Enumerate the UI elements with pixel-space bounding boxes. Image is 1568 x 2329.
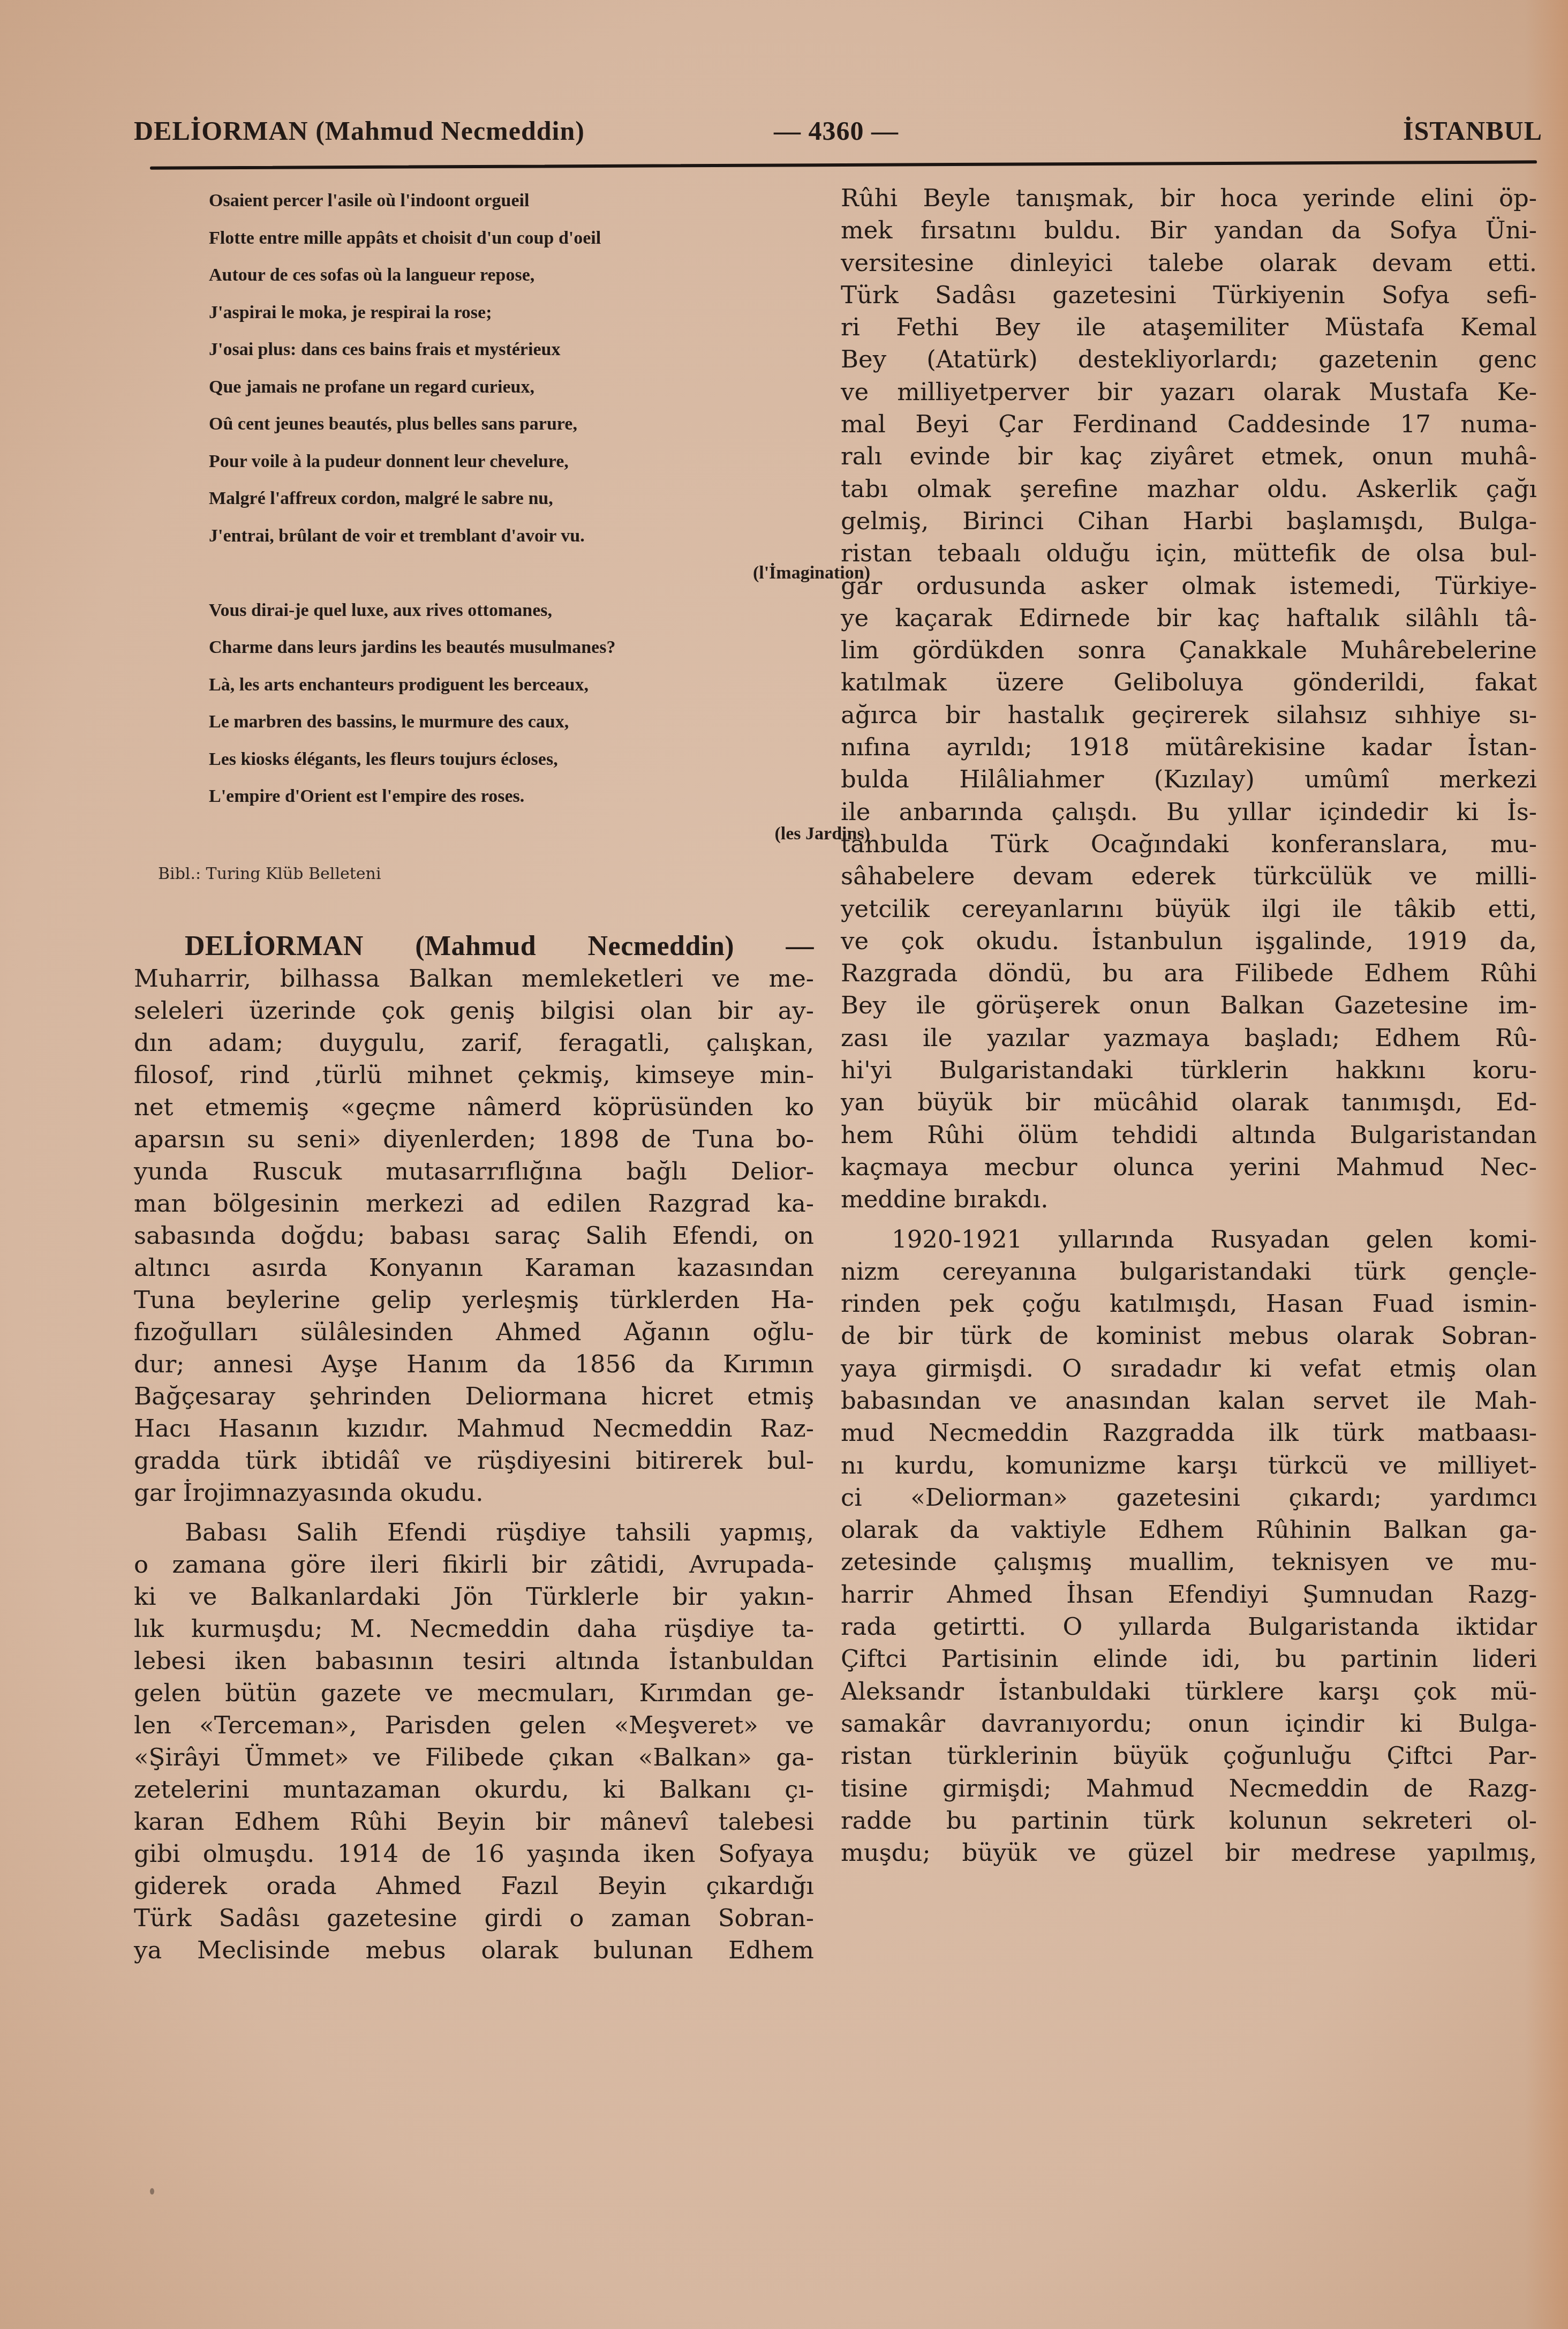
text-line: rinden pek çoğu katılmışdı, Hasan Fuad i… bbox=[841, 1288, 1537, 1320]
entry-paragraph: DELİORMAN (Mahmud Necmeddin) — Muharrir,… bbox=[134, 930, 814, 1509]
text-line: dur; annesi Ayşe Hanım da 1856 da Kırımı… bbox=[134, 1348, 814, 1380]
text-line: de bir türk de kominist mebus olarak Sob… bbox=[841, 1320, 1537, 1352]
poem-line: Charme dans leurs jardins les beautés mu… bbox=[209, 629, 814, 666]
text-line: gelmiş, Birinci Cihan Harbi başlamışdı, … bbox=[841, 505, 1537, 537]
poem-line: J'osai plus: dans ces bains frais et mys… bbox=[209, 331, 814, 369]
text-line: zetesinde çalışmış muallim, teknisyen ve… bbox=[841, 1546, 1537, 1578]
text-line: sâhabelere devam ederek türkcülük ve mil… bbox=[841, 860, 1537, 892]
text-line: bulda Hilâliahmer (Kızılay) umûmî merkez… bbox=[841, 763, 1537, 795]
text-line: o zamana göre ileri fikirli bir zâtidi, … bbox=[134, 1549, 814, 1581]
poem-line: Le marbren des bassins, le murmure des c… bbox=[209, 703, 814, 741]
text-line: tisine girmişdi; Mahmud Necmeddin de Raz… bbox=[841, 1772, 1537, 1805]
text-line: babasından ve anasından kalan servet ile… bbox=[841, 1385, 1537, 1417]
poem-line: Flotte entre mille appâts et choisit d'u… bbox=[209, 220, 814, 257]
text-line: lebesi iken babasının tesiri altında İst… bbox=[134, 1645, 814, 1677]
text-line: len «Terceman», Parisden gelen «Meşveret… bbox=[134, 1709, 814, 1741]
text-line: yaya girmişdi. O sıradadır ki vefat etmi… bbox=[841, 1353, 1537, 1385]
text-line: hi'yi Bulgaristandaki türklerin hakkını … bbox=[841, 1054, 1537, 1086]
text-line: mud Necmeddin Razgradda ilk türk matbaas… bbox=[841, 1417, 1537, 1449]
running-header: DELİORMAN (Mahmud Necmeddin) — 4360 — İS… bbox=[134, 115, 1542, 153]
text-line: yunda Ruscuk mutasarrıflığına bağlı Deli… bbox=[134, 1155, 814, 1188]
text-line: 1920-1921 yıllarında Rusyadan gelen komi… bbox=[841, 1223, 1537, 1256]
text-line: Aleksandr İstanbuldaki türklere karşı ço… bbox=[841, 1676, 1537, 1708]
poem-line: Pour voile à la pudeur donnent leur chev… bbox=[209, 443, 814, 480]
entry-paragraph: 1920-1921 yıllarında Rusyadan gelen komi… bbox=[841, 1223, 1537, 1869]
text-line: hem Rûhi ölüm tehdidi altında Bulgarista… bbox=[841, 1119, 1537, 1151]
paper-speck bbox=[150, 2188, 154, 2195]
header-entry-title: DELİORMAN (Mahmud Necmeddin) bbox=[134, 115, 585, 146]
poem-stanza-1: Osaient percer l'asile où l'indoont orgu… bbox=[209, 182, 814, 592]
text-line: ile anbarında çalışdı. Bu yıllar içinded… bbox=[841, 796, 1537, 828]
text-line: kaçmaya mecbur olunca yerini Mahmud Nec- bbox=[841, 1151, 1537, 1183]
text-line: zası ile yazılar yazmaya başladı; Edhem … bbox=[841, 1022, 1537, 1054]
text-line: zetelerini muntazaman okurdu, ki Balkanı… bbox=[134, 1774, 814, 1806]
text-line: radde bu partinin türk kolunun sekreteri… bbox=[841, 1805, 1537, 1837]
poem-stanza-2: Vous dirai-je quel luxe, aux rives ottom… bbox=[209, 592, 814, 853]
text-line: ve milliyetperver bir yazarı olarak Must… bbox=[841, 376, 1537, 408]
text-line: gar İrojimnazyasında okudu. bbox=[134, 1477, 814, 1509]
text-line: Tuna beylerine gelip yerleşmiş türklerde… bbox=[134, 1284, 814, 1316]
poem-line: J'aspirai le moka, je respirai la rose; bbox=[209, 294, 814, 332]
text-line: Bağçesaray şehrinden Deliormana hicret e… bbox=[134, 1380, 814, 1413]
text-line: mal Beyi Çar Ferdinand Caddesinde 17 num… bbox=[841, 408, 1537, 440]
text-line: gar ordusunda asker olmak istemedi, Türk… bbox=[841, 570, 1537, 602]
text-line: ci «Deliorman» gazetesini çıkardı; yardı… bbox=[841, 1482, 1537, 1514]
text-line: giderek orada Ahmed Fazıl Beyin çıkardığ… bbox=[134, 1870, 814, 1902]
text-line: sabasında doğdu; babası saraç Salih Efen… bbox=[134, 1220, 814, 1252]
text-line: meddine bırakdı. bbox=[841, 1183, 1537, 1215]
text-line: nizm cereyanına bulgaristandaki türk gen… bbox=[841, 1256, 1537, 1288]
text-line: tabı olmak şerefine mazhar oldu. Askerli… bbox=[841, 473, 1537, 505]
poem-line: J'entrai, brûlant de voir et tremblant d… bbox=[209, 517, 814, 555]
text-line: ristan türklerinin büyük çoğunluğu Çiftc… bbox=[841, 1740, 1537, 1772]
poem-line: Malgré l'affreux cordon, malgré le sabre… bbox=[209, 480, 814, 517]
poem-line: L'empire d'Orient est l'empire des roses… bbox=[209, 778, 814, 815]
text-line: katılmak üzere Geliboluya gönderildi, fa… bbox=[841, 666, 1537, 698]
text-line: net etmemiş «geçme nâmerd köprüsünden ko bbox=[134, 1091, 814, 1123]
text-line: «Şirâyi Ümmet» ve Filibede çıkan «Balkan… bbox=[134, 1741, 814, 1774]
bibliography-note: Bibl.: Turing Klüb Belleteni bbox=[158, 855, 814, 893]
text-line: Çiftci Partisinin elinde idi, bu partini… bbox=[841, 1643, 1537, 1675]
text-line: lim gördükden sonra Çanakkale Muhârebele… bbox=[841, 634, 1537, 666]
poem-line: Vous dirai-je quel luxe, aux rives ottom… bbox=[209, 592, 814, 629]
poem-source-title: (l'İmagination) bbox=[209, 554, 870, 592]
text-line: olarak da vaktiyle Edhem Rûhinin Balkan … bbox=[841, 1514, 1537, 1546]
text-line: nı kurdu, komunizme karşı türkcü ve mill… bbox=[841, 1449, 1537, 1482]
entry-paragraph: Babası Salih Efendi rüşdiye tahsili yapm… bbox=[134, 1516, 814, 1966]
text-line: harrir Ahmed İhsan Efendiyi Şumnudan Raz… bbox=[841, 1579, 1537, 1611]
text-line: gradda türk ibtidâî ve rüşdiyesini bitir… bbox=[134, 1445, 814, 1477]
entry-paragraph: Rûhi Beyle tanışmak, bir hoca yerinde el… bbox=[841, 182, 1537, 1216]
left-column: Osaient percer l'asile où l'indoont orgu… bbox=[134, 182, 814, 1966]
text-line: ri Fethi Bey ile ataşemiliter Müstafa Ke… bbox=[841, 311, 1537, 343]
text-line: nıfına ayrıldı; 1918 mütârekisine kadar … bbox=[841, 731, 1537, 763]
text-line: man bölgesinin merkezi ad edilen Razgrad… bbox=[134, 1188, 814, 1220]
text-line: ristan tebaalı olduğu için, müttefik de … bbox=[841, 537, 1537, 569]
text-line: ralı evinde bir kaç ziyâret etmek, onun … bbox=[841, 440, 1537, 472]
text-line: rada getirtti. O yıllarda Bulgaristanda … bbox=[841, 1611, 1537, 1643]
text-line: Rûhi Beyle tanışmak, bir hoca yerinde el… bbox=[841, 182, 1537, 214]
text-line: Muharrir, bilhassa Balkan memleketleri v… bbox=[134, 963, 814, 995]
text-line: filosof, rind ,türlü mihnet çekmiş, kims… bbox=[134, 1059, 814, 1091]
text-line: dın adam; duygulu, zarif, feragatli, çal… bbox=[134, 1027, 814, 1059]
poem-line: Autour de ces sofas où la langueur repos… bbox=[209, 257, 814, 294]
poem-line: Osaient percer l'asile où l'indoont orgu… bbox=[209, 182, 814, 220]
text-line: Türk Sadâsı gazetesine girdi o zaman Sob… bbox=[134, 1902, 814, 1934]
poem-source-title: (les Jardins) bbox=[209, 815, 870, 853]
entry-body-left: DELİORMAN (Mahmud Necmeddin) — Muharrir,… bbox=[134, 930, 814, 1966]
header-rule bbox=[150, 160, 1537, 169]
text-line: ye kaçarak Edirnede bir kaç haftalık sil… bbox=[841, 602, 1537, 634]
text-line: lık kurmuşdu; M. Necmeddin daha rüşdiye … bbox=[134, 1613, 814, 1645]
text-line: Türk Sadâsı gazetesini Türkiyenin Sofya … bbox=[841, 279, 1537, 311]
text-line: ağırca bir hastalık geçirerek silahsız s… bbox=[841, 699, 1537, 731]
text-line: muşdu; büyük ve güzel bir medrese yapılm… bbox=[841, 1837, 1537, 1869]
text-line: samakâr davranıyordu; onun içindir ki Bu… bbox=[841, 1708, 1537, 1740]
poem-line: Oû cent jeunes beautés, plus belles sans… bbox=[209, 405, 814, 443]
entry-headword: DELİORMAN (Mahmud Necmeddin) — bbox=[134, 930, 814, 963]
right-column: Rûhi Beyle tanışmak, bir hoca yerinde el… bbox=[841, 182, 1537, 1869]
text-line: ya Meclisinde mebus olarak bulunan Edhem bbox=[134, 1934, 814, 1966]
poem-line: Là, les arts enchanteurs prodiguent les … bbox=[209, 666, 814, 704]
text-line: Razgrada döndü, bu ara Filibede Edhem Rû… bbox=[841, 957, 1537, 989]
header-section: İSTANBUL bbox=[1403, 115, 1542, 146]
text-line: Hacı Hasanın kızıdır. Mahmud Necmeddin R… bbox=[134, 1413, 814, 1445]
text-line: seleleri üzerinde çok geniş bilgisi olan… bbox=[134, 995, 814, 1027]
text-line: karan Edhem Rûhi Beyin bir mânevî talebe… bbox=[134, 1806, 814, 1838]
poem-quotation: Osaient percer l'asile où l'indoont orgu… bbox=[209, 182, 814, 852]
text-line: Bey (Atatürk) destekliyorlardı; gazeteni… bbox=[841, 343, 1537, 375]
text-line: gibi olmuşdu. 1914 de 16 yaşında iken So… bbox=[134, 1838, 814, 1870]
poem-line: Que jamais ne profane un regard curieux, bbox=[209, 369, 814, 406]
text-line: gelen bütün gazete ve mecmuları, Kırımda… bbox=[134, 1677, 814, 1709]
text-line: tanbulda Türk Ocağındaki konferanslara, … bbox=[841, 828, 1537, 860]
text-line: aparsın su seni» diyenlerden; 1898 de Tu… bbox=[134, 1123, 814, 1155]
text-line: ki ve Balkanlardaki Jön Türklerle bir ya… bbox=[134, 1581, 814, 1613]
text-line: versitesine dinleyici talebe olarak deva… bbox=[841, 247, 1537, 279]
text-line: ve çok okudu. İstanbulun işgalinde, 1919… bbox=[841, 925, 1537, 957]
text-line: mek fırsatını buldu. Bir yandan da Sofya… bbox=[841, 214, 1537, 246]
page-number: — 4360 — bbox=[774, 115, 899, 146]
text-line: fızoğulları sülâlesinden Ahmed Ağanın oğ… bbox=[134, 1316, 814, 1348]
text-line: yetcilik cereyanlarını büyük ilgi ile tâ… bbox=[841, 893, 1537, 925]
text-line: yan büyük bir mücâhid olarak tanımışdı, … bbox=[841, 1086, 1537, 1118]
text-line: Bey ile görüşerek onun Balkan Gazetesine… bbox=[841, 989, 1537, 1021]
text-line: Babası Salih Efendi rüşdiye tahsili yapm… bbox=[134, 1516, 814, 1549]
poem-line: Les kiosks élégants, les fleurs toujurs … bbox=[209, 741, 814, 778]
text-line: altıncı asırda Konyanın Karaman kazasınd… bbox=[134, 1252, 814, 1284]
